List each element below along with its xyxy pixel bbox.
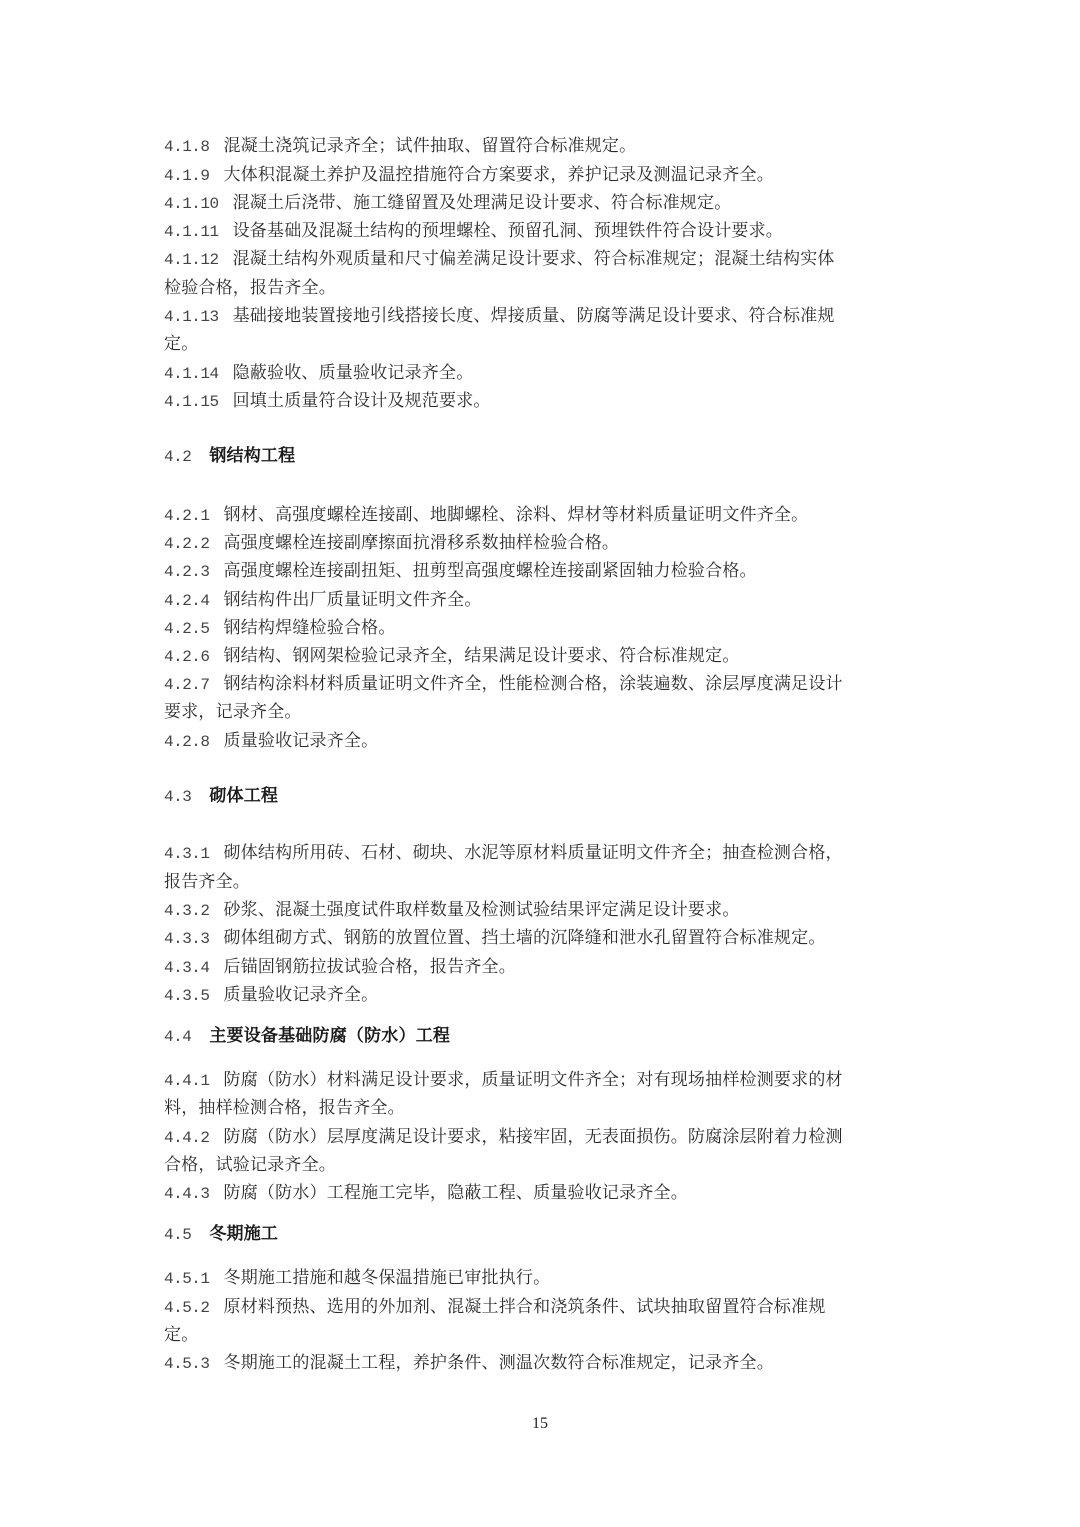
clause-number: 4.3.1 [164, 845, 210, 863]
clause-text: 后锚固钢筋拉拔试验合格，报告齐全。 [224, 957, 516, 977]
clause-item: 4.4.1防腐（防水）材料满足设计要求，质量证明文件齐全；对有现场抽样检测要求的… [164, 1070, 843, 1091]
clause-number: 4.2.2 [164, 535, 210, 553]
clause-text: 钢结构件出厂质量证明文件齐全。 [224, 590, 482, 610]
clause-number: 4.3.4 [164, 959, 210, 977]
clause-number: 4.3.2 [164, 902, 210, 920]
clause-number: 4.5.1 [164, 1270, 210, 1288]
clause-item: 4.1.12混凝土结构外观质量和尺寸偏差满足设计要求、符合标准规定；混凝土结构实… [164, 249, 835, 270]
clause-text: 防腐（防水）工程施工完毕，隐蔽工程、质量验收记录齐全。 [224, 1183, 688, 1203]
clause-text: 防腐（防水）层厚度满足设计要求，粘接牢固，无表面损伤。防腐涂层附着力检测 [224, 1127, 843, 1147]
clause-text: 混凝土浇筑记录齐全；试件抽取、留置符合标准规定。 [224, 136, 637, 156]
clause-item: 4.3.1砌体结构所用砖、石材、砌块、水泥等原材料质量证明文件齐全；抽查检测合格… [164, 843, 843, 864]
clause-continuation: 合格，试验记录齐全。 [164, 1155, 336, 1175]
clause-item: 4.2.4钢结构件出厂质量证明文件齐全。 [164, 590, 482, 611]
heading-text: 冬期施工 [209, 1224, 278, 1244]
clause-item: 4.1.8混凝土浇筑记录齐全；试件抽取、留置符合标准规定。 [164, 136, 636, 157]
clause-number: 4.4.1 [164, 1072, 210, 1090]
clause-number: 4.3.5 [164, 987, 210, 1005]
clause-text: 高强度螺栓连接副摩擦面抗滑移系数抽样检验合格。 [224, 533, 620, 553]
clause-item: 4.2.3高强度螺栓连接副扭矩、扭剪型高强度螺栓连接副紧固轴力检验合格。 [164, 561, 757, 582]
clause-number: 4.1.11 [164, 223, 219, 241]
clause-text: 合格，试验记录齐全。 [164, 1155, 336, 1175]
clause-number: 4.5 [164, 1226, 191, 1244]
clause-item: 4.1.14隐蔽验收、质量验收记录齐全。 [164, 363, 473, 384]
clause-text: 防腐（防水）材料满足设计要求，质量证明文件齐全；对有现场抽样检测要求的材 [224, 1070, 843, 1090]
clause-item: 4.5.1冬期施工措施和越冬保温措施已审批执行。 [164, 1268, 550, 1289]
heading-text: 钢结构工程 [209, 446, 295, 466]
clause-number: 4.2.8 [164, 733, 210, 751]
clause-item: 4.4.2防腐（防水）层厚度满足设计要求，粘接牢固，无表面损伤。防腐涂层附着力检… [164, 1127, 843, 1148]
clause-item: 4.2.6钢结构、钢网架检验记录齐全，结果满足设计要求、符合标准规定。 [164, 646, 740, 667]
clause-number: 4.1.13 [164, 308, 219, 326]
clause-text: 砌体组砌方式、钢筋的放置位置、挡土墙的沉降缝和泄水孔留置符合标准规定。 [224, 928, 826, 948]
clause-text: 高强度螺栓连接副扭矩、扭剪型高强度螺栓连接副紧固轴力检验合格。 [224, 561, 757, 581]
clause-number: 4.2.5 [164, 620, 210, 638]
clause-number: 4.3.3 [164, 930, 210, 948]
clause-text: 钢结构涂料材料质量证明文件齐全，性能检测合格，涂装遍数、涂层厚度满足设计 [224, 674, 843, 694]
clause-text: 报告齐全。 [164, 872, 250, 892]
clause-item: 4.3.2砂浆、混凝土强度试件取样数量及检测试验结果评定满足设计要求。 [164, 900, 740, 921]
clause-text: 检验合格，报告齐全。 [164, 278, 336, 298]
clause-item: 4.2.7钢结构涂料材料质量证明文件齐全，性能检测合格，涂装遍数、涂层厚度满足设… [164, 674, 843, 695]
clause-item: 4.4.3防腐（防水）工程施工完毕，隐蔽工程、质量验收记录齐全。 [164, 1183, 688, 1204]
clause-number: 4.5.2 [164, 1299, 210, 1317]
clause-text: 质量验收记录齐全。 [224, 985, 379, 1005]
clause-text: 钢结构、钢网架检验记录齐全，结果满足设计要求、符合标准规定。 [224, 646, 740, 666]
clause-continuation: 检验合格，报告齐全。 [164, 278, 336, 298]
clause-number: 4.2.6 [164, 648, 210, 666]
clause-text: 钢结构焊缝检验合格。 [224, 618, 396, 638]
clause-number: 4.2.1 [164, 507, 210, 525]
clause-text: 要求，记录齐全。 [164, 702, 302, 722]
heading-text: 主要设备基础防腐（防水）工程 [209, 1026, 450, 1046]
clause-text: 回填土质量符合设计及规范要求。 [233, 391, 491, 411]
clause-item: 4.1.10混凝土后浇带、施工缝留置及处理满足设计要求、符合标准规定。 [164, 193, 731, 214]
clause-item: 4.1.11设备基础及混凝土结构的预埋螺栓、预留孔洞、预埋铁件符合设计要求。 [164, 221, 783, 242]
clause-text: 料，抽样检测合格，报告齐全。 [164, 1098, 405, 1118]
clause-number: 4.5.3 [164, 1355, 210, 1373]
clause-text: 原材料预热、选用的外加剂、混凝土拌合和浇筑条件、试块抽取留置符合标准规 [224, 1297, 826, 1317]
clause-item: 4.3.5质量验收记录齐全。 [164, 985, 378, 1006]
clause-item: 4.1.13基础接地装置接地引线搭接长度、焊接质量、防腐等满足设计要求、符合标准… [164, 306, 835, 327]
clause-number: 4.1.15 [164, 393, 219, 411]
clause-number: 4.4.2 [164, 1129, 210, 1147]
clause-item: 4.1.9大体积混凝土养护及温控措施符合方案要求，养护记录及测温记录齐全。 [164, 165, 774, 186]
clause-continuation: 要求，记录齐全。 [164, 702, 302, 722]
clause-item: 4.3.3砌体组砌方式、钢筋的放置位置、挡土墙的沉降缝和泄水孔留置符合标准规定。 [164, 928, 826, 949]
clause-continuation: 定。 [164, 1325, 198, 1345]
clause-text: 冬期施工措施和越冬保温措施已审批执行。 [224, 1268, 551, 1288]
clause-number: 4.2.3 [164, 563, 210, 581]
clause-text: 定。 [164, 334, 198, 354]
heading-text: 砌体工程 [209, 786, 278, 806]
clause-item: 4.2.5钢结构焊缝检验合格。 [164, 618, 396, 639]
clause-text: 设备基础及混凝土结构的预埋螺栓、预留孔洞、预埋铁件符合设计要求。 [233, 221, 783, 241]
clause-text: 质量验收记录齐全。 [224, 731, 379, 751]
clause-item: 4.5.3冬期施工的混凝土工程，养护条件、测温次数符合标准规定，记录齐全。 [164, 1353, 774, 1374]
clause-text: 基础接地装置接地引线搭接长度、焊接质量、防腐等满足设计要求、符合标准规 [233, 306, 835, 326]
clause-number: 4.4.3 [164, 1185, 210, 1203]
clause-continuation: 定。 [164, 334, 198, 354]
section-heading: 4.4主要设备基础防腐（防水）工程 [164, 1026, 450, 1047]
clause-text: 砌体结构所用砖、石材、砌块、水泥等原材料质量证明文件齐全；抽查检测合格， [224, 843, 843, 863]
clause-text: 大体积混凝土养护及温控措施符合方案要求，养护记录及测温记录齐全。 [224, 165, 774, 185]
clause-text: 钢材、高强度螺栓连接副、地脚螺栓、涂料、焊材等材料质量证明文件齐全。 [224, 505, 809, 525]
section-heading: 4.3砌体工程 [164, 786, 278, 807]
clause-item: 4.2.1钢材、高强度螺栓连接副、地脚螺栓、涂料、焊材等材料质量证明文件齐全。 [164, 505, 808, 526]
clause-number: 4.3 [164, 788, 191, 806]
clause-item: 4.2.8质量验收记录齐全。 [164, 731, 378, 752]
clause-number: 4.1.14 [164, 365, 219, 383]
clause-number: 4.2.7 [164, 676, 210, 694]
clause-number: 4.1.12 [164, 251, 219, 269]
clause-text: 混凝土后浇带、施工缝留置及处理满足设计要求、符合标准规定。 [233, 193, 732, 213]
clause-continuation: 料，抽样检测合格，报告齐全。 [164, 1098, 405, 1118]
clause-number: 4.2.4 [164, 592, 210, 610]
clause-number: 4.2 [164, 448, 191, 466]
clause-continuation: 报告齐全。 [164, 872, 250, 892]
clause-item: 4.5.2原材料预热、选用的外加剂、混凝土拌合和浇筑条件、试块抽取留置符合标准规 [164, 1297, 826, 1318]
clause-text: 混凝土结构外观质量和尺寸偏差满足设计要求、符合标准规定；混凝土结构实体 [233, 249, 835, 269]
clause-item: 4.3.4后锚固钢筋拉拔试验合格，报告齐全。 [164, 957, 516, 978]
clause-text: 冬期施工的混凝土工程，养护条件、测温次数符合标准规定，记录齐全。 [224, 1353, 774, 1373]
section-heading: 4.5冬期施工 [164, 1224, 278, 1245]
section-heading: 4.2钢结构工程 [164, 446, 295, 467]
clause-item: 4.1.15回填土质量符合设计及规范要求。 [164, 391, 491, 412]
clause-number: 4.1.9 [164, 167, 210, 185]
page-number: 15 [0, 1415, 1080, 1433]
clause-number: 4.4 [164, 1028, 191, 1046]
clause-text: 隐蔽验收、质量验收记录齐全。 [233, 363, 474, 383]
clause-number: 4.1.10 [164, 195, 219, 213]
clause-text: 定。 [164, 1325, 198, 1345]
clause-text: 砂浆、混凝土强度试件取样数量及检测试验结果评定满足设计要求。 [224, 900, 740, 920]
clause-item: 4.2.2高强度螺栓连接副摩擦面抗滑移系数抽样检验合格。 [164, 533, 619, 554]
clause-number: 4.1.8 [164, 138, 210, 156]
